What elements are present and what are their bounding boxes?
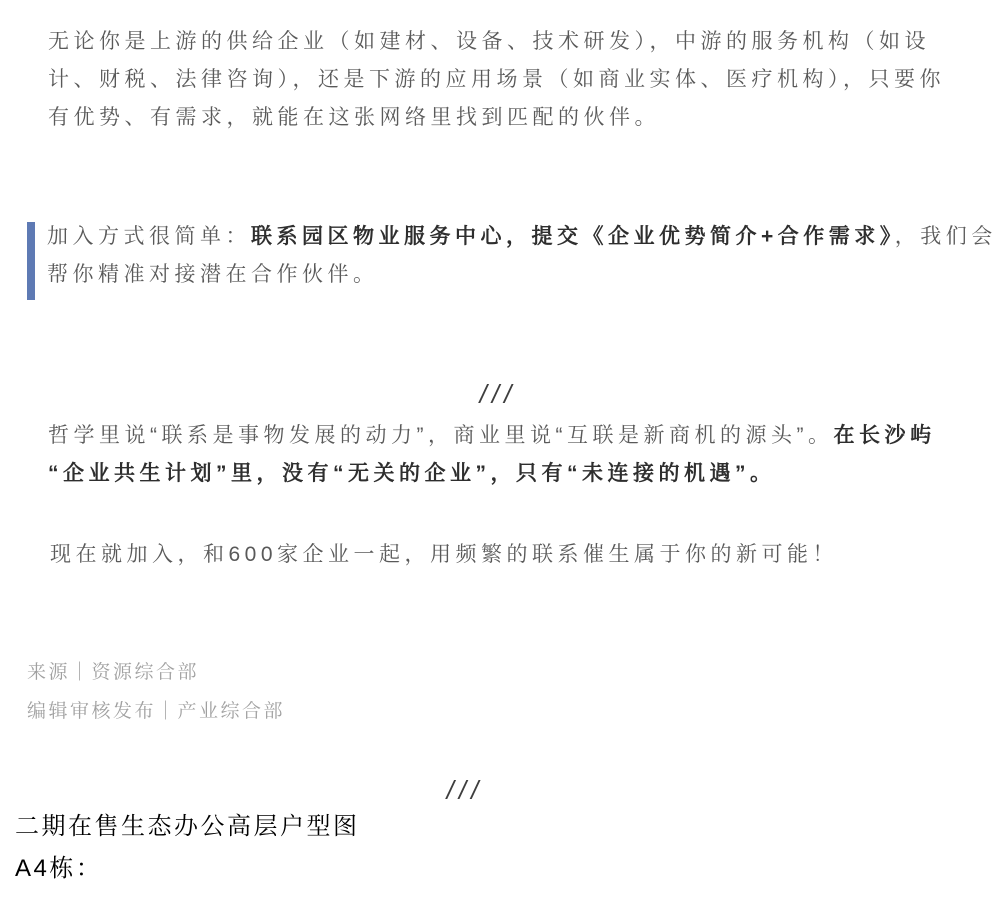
text-segment-bold: “企业共生计划”里，没有“无关的企业”，只有“未连接的机遇”。 <box>48 462 776 485</box>
text-segment: 有优势、有需求，就能在这张网络里找到匹配的伙伴。 <box>48 106 660 129</box>
text-segment: 计、财税、法律咨询），还是下游的应用场景（如商业实体、医疗机构），只要你 <box>48 68 945 91</box>
text-segment-bold: 联系园区物业服务中心，提交《企业优势简介+合作需求》 <box>251 225 895 248</box>
section-divider-bottom: /// <box>0 774 930 806</box>
text-segment: 现在就加入，和600家企业一起，用频繁的联系催生属于你的新可能！ <box>50 543 838 566</box>
credits-editor: 编辑审核发布｜产业综合部 <box>27 692 285 731</box>
text-segment: 帮你精准对接潜在合作伙伴。 <box>47 263 379 286</box>
quote-accent-bar <box>27 222 35 300</box>
credits-source: 来源｜资源综合部 <box>27 653 285 692</box>
text-segment: ，我们会 <box>895 225 997 248</box>
text-line: “企业共生计划”里，没有“无关的企业”，只有“未连接的机遇”。 <box>48 455 935 493</box>
section-divider-top: /// <box>0 378 996 410</box>
credits-block: 来源｜资源综合部 编辑审核发布｜产业综合部 <box>27 653 285 731</box>
quote-text: 加入方式很简单：联系园区物业服务中心，提交《企业优势简介+合作需求》，我们会帮你… <box>47 218 997 294</box>
quote-block: 加入方式很简单：联系园区物业服务中心，提交《企业优势简介+合作需求》，我们会帮你… <box>27 218 997 294</box>
cta-paragraph: 现在就加入，和600家企业一起，用频繁的联系催生属于你的新可能！ <box>50 536 838 574</box>
text-segment: 加入方式很简单： <box>47 225 251 248</box>
intro-paragraph: 无论你是上游的供给企业（如建材、设备、技术研发），中游的服务机构（如设计、财税、… <box>48 23 945 137</box>
text-line: 现在就加入，和600家企业一起，用频繁的联系催生属于你的新可能！ <box>50 536 838 574</box>
article-page: 无论你是上游的供给企业（如建材、设备、技术研发），中游的服务机构（如设计、财税、… <box>0 0 1000 906</box>
building-label: A4栋： <box>15 854 102 884</box>
text-line: 加入方式很简单：联系园区物业服务中心，提交《企业优势简介+合作需求》，我们会 <box>47 218 997 256</box>
text-segment-bold: 在长沙屿 <box>833 424 935 447</box>
text-segment: 哲学里说“联系是事物发展的动力”，商业里说“互联是新商机的源头”。 <box>48 424 833 447</box>
philosophy-paragraph: 哲学里说“联系是事物发展的动力”，商业里说“互联是新商机的源头”。在长沙屿“企业… <box>48 417 935 493</box>
text-line: 无论你是上游的供给企业（如建材、设备、技术研发），中游的服务机构（如设 <box>48 23 945 61</box>
text-line: 帮你精准对接潜在合作伙伴。 <box>47 256 997 294</box>
text-line: 有优势、有需求，就能在这张网络里找到匹配的伙伴。 <box>48 99 945 137</box>
text-segment: 无论你是上游的供给企业（如建材、设备、技术研发），中游的服务机构（如设 <box>48 30 930 53</box>
text-line: 计、财税、法律咨询），还是下游的应用场景（如商业实体、医疗机构），只要你 <box>48 61 945 99</box>
text-line: 哲学里说“联系是事物发展的动力”，商业里说“互联是新商机的源头”。在长沙屿 <box>48 417 935 455</box>
listing-heading: 二期在售生态办公高层户型图 <box>15 812 360 842</box>
